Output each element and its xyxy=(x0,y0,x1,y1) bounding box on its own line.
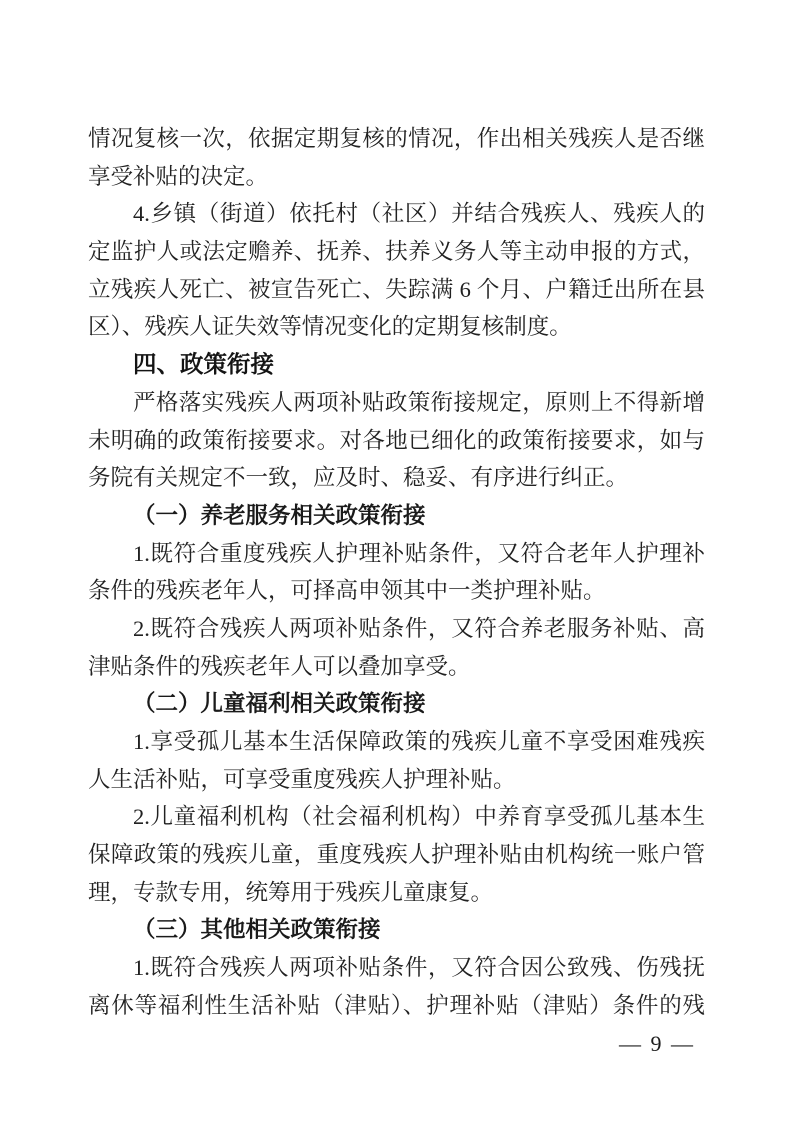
page-number: — 9 — xyxy=(88,1025,705,1063)
text-line: 享受补贴的决定。 xyxy=(88,158,705,196)
subsection-heading: （三）其他相关政策衔接 xyxy=(88,911,705,949)
text-line: 立残疾人死亡、被宣告死亡、失踪满 6 个月、户籍迁出所在县(市、 xyxy=(88,271,705,309)
text-line: 2.既符合残疾人两项补贴条件，又符合养老服务补贴、高龄 xyxy=(88,610,705,648)
text-line: 情况复核一次，依据定期复核的情况，作出相关残疾人是否继续 xyxy=(88,120,705,158)
text-line: 理，专款专用，统筹用于残疾儿童康复。 xyxy=(88,874,705,912)
text-line: 离休等福利性生活补贴（津贴）、护理补贴（津贴）条件的残疾 xyxy=(88,987,705,1025)
text-line: 定监护人或法定赡养、抚养、扶养义务人等主动申报的方式，建 xyxy=(88,233,705,271)
text-line: 保障政策的残疾儿童，重度残疾人护理补贴由机构统一账户管 xyxy=(88,836,705,874)
text-line: 2.儿童福利机构（社会福利机构）中养育享受孤儿基本生活 xyxy=(88,798,705,836)
text-line: 条件的残疾老年人，可择高申领其中一类护理补贴。 xyxy=(88,572,705,610)
document-page: 情况复核一次，依据定期复核的情况，作出相关残疾人是否继续享受补贴的决定。4.乡镇… xyxy=(0,0,793,1122)
subsection-heading: （二）儿童福利相关政策衔接 xyxy=(88,685,705,723)
text-lines: 情况复核一次，依据定期复核的情况，作出相关残疾人是否继续享受补贴的决定。4.乡镇… xyxy=(88,120,705,1025)
text-line: 未明确的政策衔接要求。对各地已细化的政策衔接要求，如与国 xyxy=(88,422,705,460)
document-content: 情况复核一次，依据定期复核的情况，作出相关残疾人是否继续享受补贴的决定。4.乡镇… xyxy=(0,0,793,1062)
subsection-heading: （一）养老服务相关政策衔接 xyxy=(88,497,705,535)
text-line: 1.享受孤儿基本生活保障政策的残疾儿童不享受困难残疾 xyxy=(88,723,705,761)
text-line: 4.乡镇（街道）依托村（社区）并结合残疾人、残疾人的法 xyxy=(88,195,705,233)
text-line: 区）、残疾人证失效等情况变化的定期复核制度。 xyxy=(88,308,705,346)
text-line: 严格落实残疾人两项补贴政策衔接规定，原则上不得新增尚 xyxy=(88,384,705,422)
text-line: 1.既符合残疾人两项补贴条件，又符合因公致残、伤残抚恤、 xyxy=(88,949,705,987)
text-line: 津贴条件的残疾老年人可以叠加享受。 xyxy=(88,648,705,686)
text-line: 1.既符合重度残疾人护理补贴条件，又符合老年人护理补贴 xyxy=(88,535,705,573)
text-line: 人生活补贴，可享受重度残疾人护理补贴。 xyxy=(88,761,705,799)
section-heading: 四、政策衔接 xyxy=(88,346,705,384)
text-line: 务院有关规定不一致，应及时、稳妥、有序进行纠正。 xyxy=(88,459,705,497)
